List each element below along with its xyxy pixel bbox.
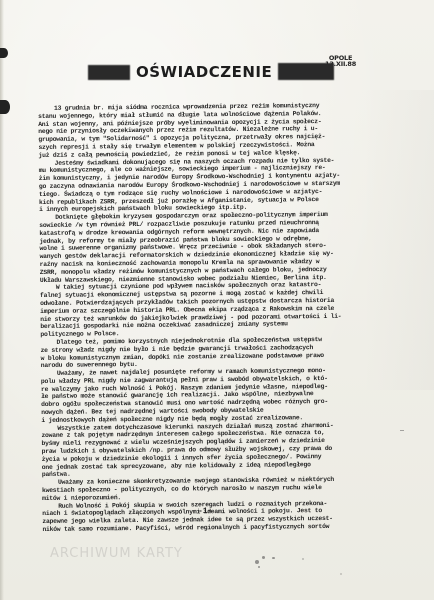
punch-mark xyxy=(0,100,10,114)
document-page: OPOLE 13.XII.88 OŚWIADCZENIE 13 grudnia … xyxy=(0,0,434,600)
punch-mark xyxy=(0,48,8,58)
statement-body: 13 grudnia br. mija siódma rocznica wpro… xyxy=(38,102,372,534)
ink-speck xyxy=(255,560,259,564)
page-title: OŚWIADCZENIE xyxy=(136,63,272,81)
redaction-block xyxy=(278,63,334,80)
scan-edge xyxy=(0,0,4,600)
archive-stamp: ARCHIWUM KARTY xyxy=(50,546,183,561)
ink-speck xyxy=(258,566,260,568)
redaction-block xyxy=(88,65,130,80)
ink-speck xyxy=(272,557,275,559)
scan-smudge xyxy=(364,90,434,390)
ink-speck xyxy=(262,556,265,559)
ink-speck xyxy=(340,573,342,575)
ink-speck xyxy=(400,430,404,431)
ink-speck xyxy=(302,558,304,560)
title-row: OŚWIADCZENIE xyxy=(88,63,334,81)
page-number: -1- xyxy=(198,507,212,516)
